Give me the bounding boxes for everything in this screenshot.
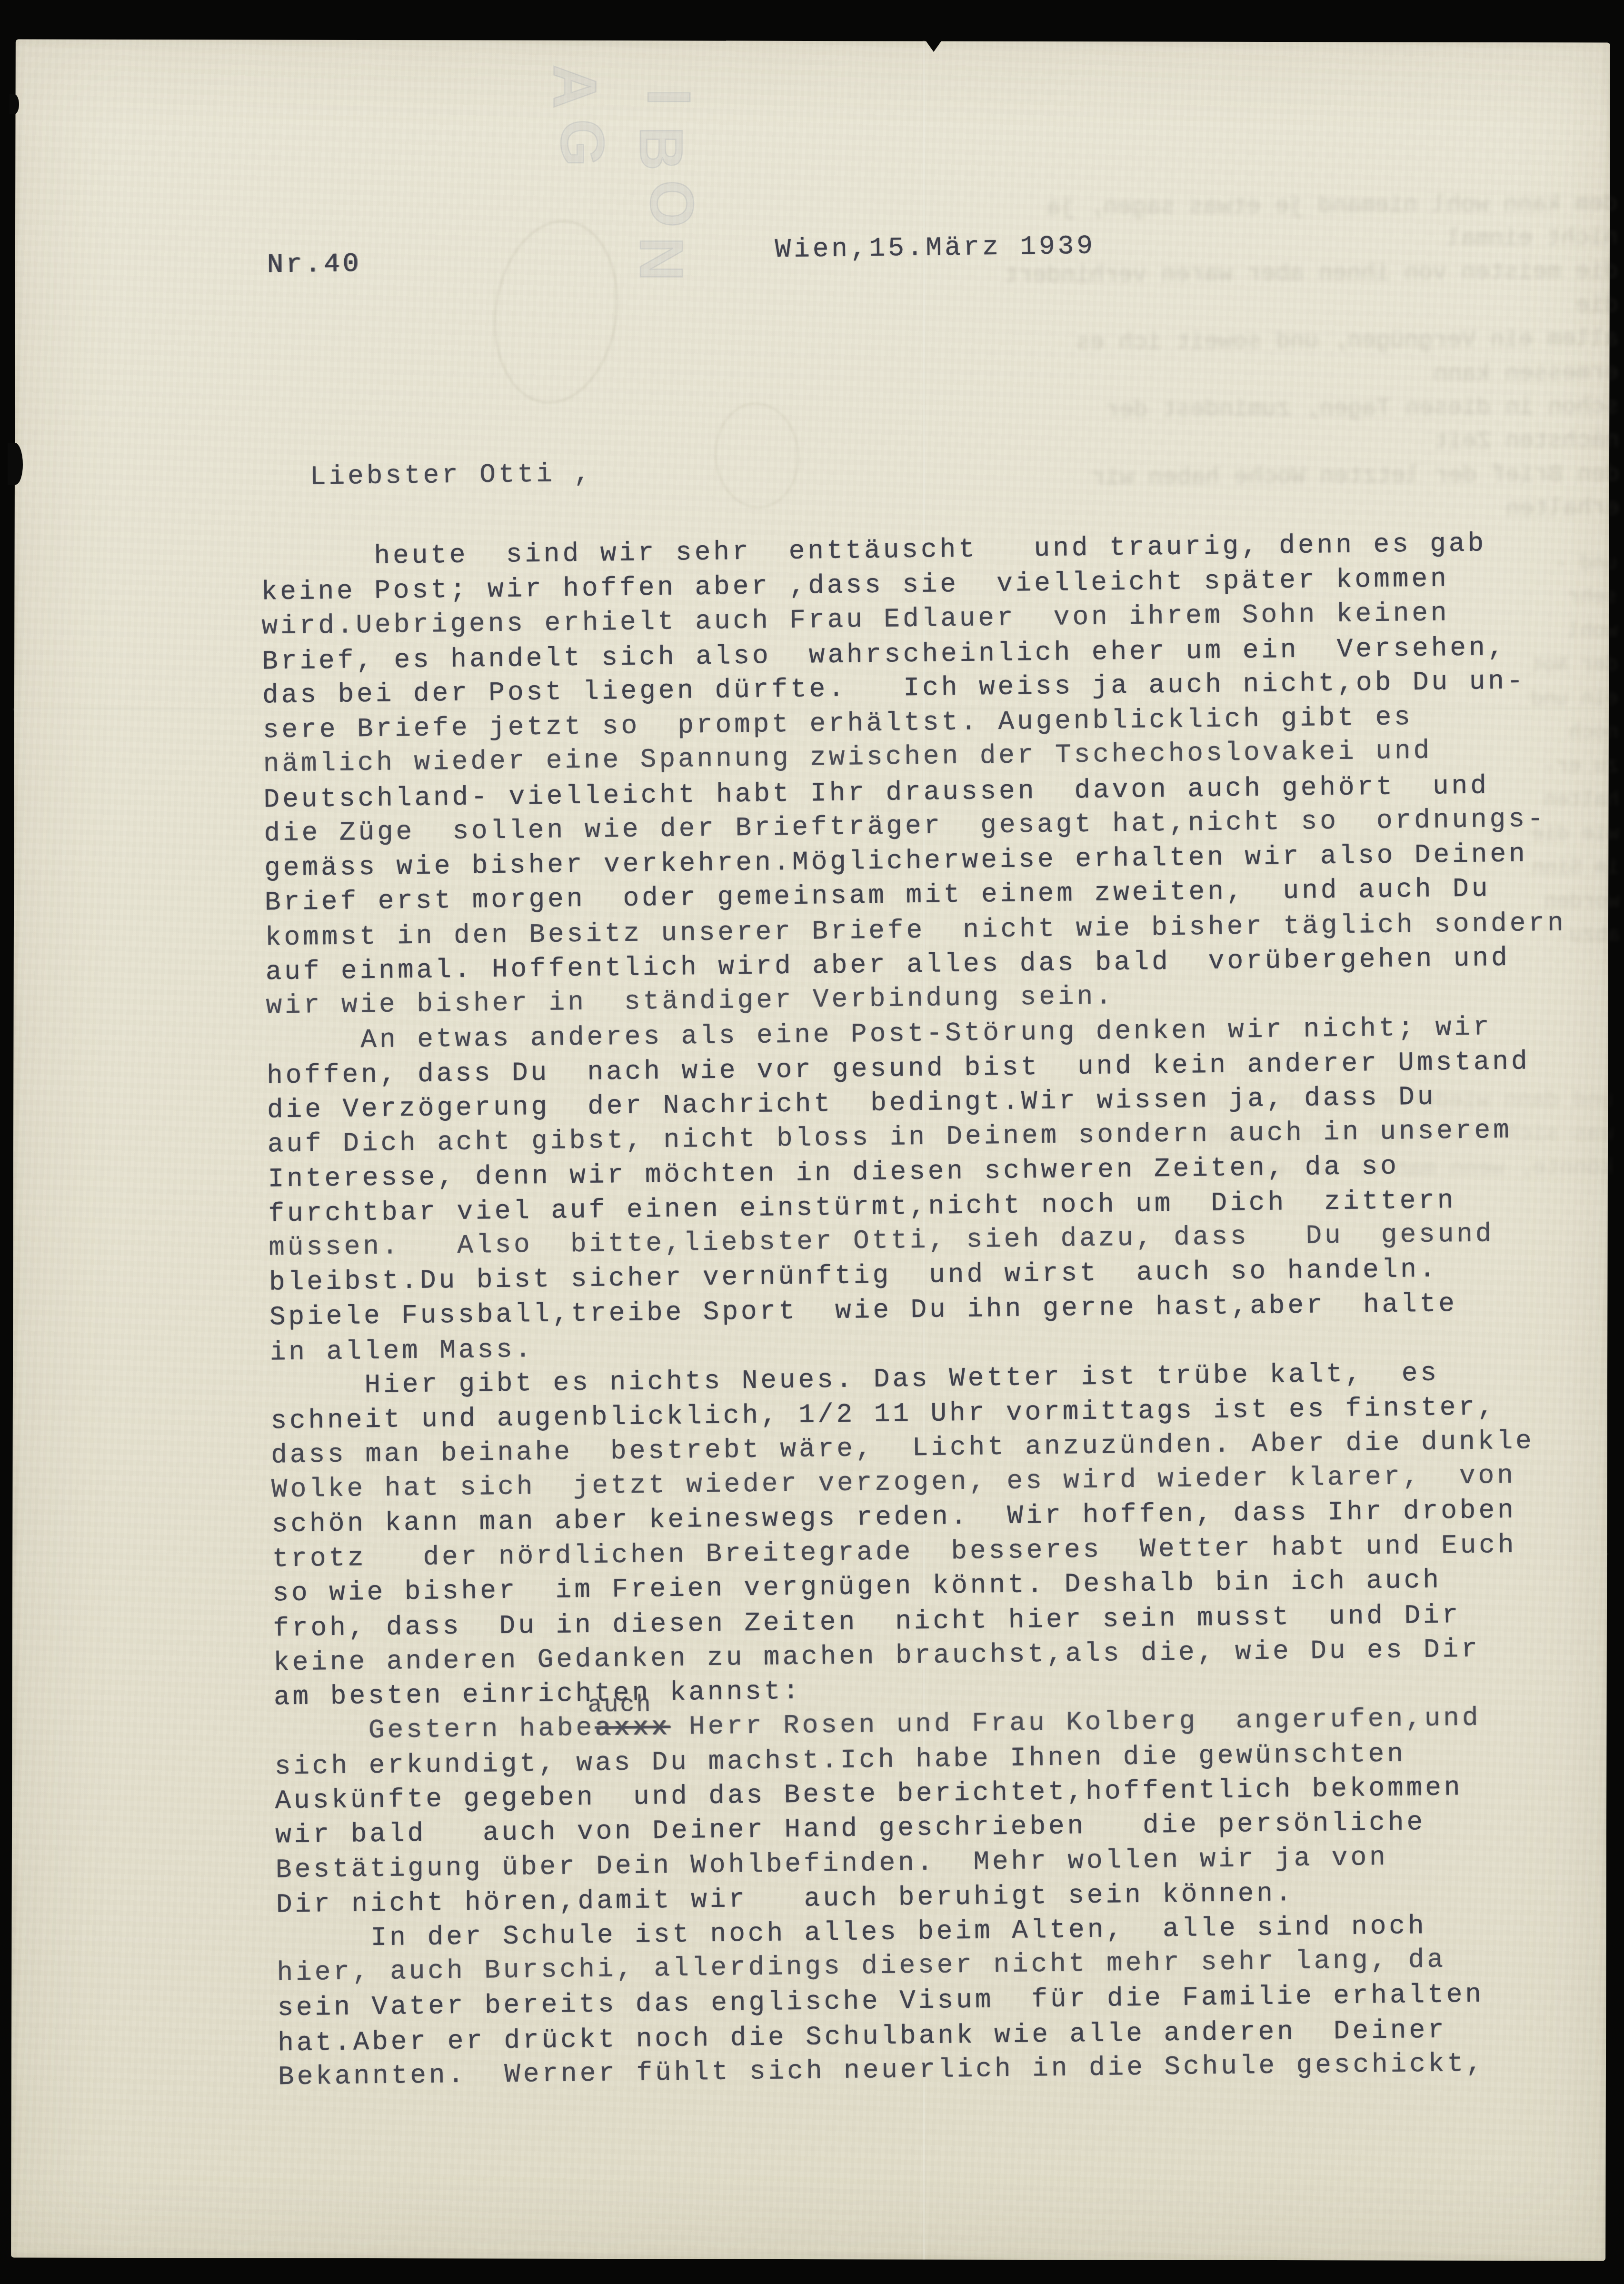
inserted-word: auch xyxy=(588,1688,653,1723)
letter-line-text: Herr Rosen und Frau Kolberg angerufen,un… xyxy=(670,1702,1481,1742)
letter-body: heute sind wir sehr enttäuscht und traur… xyxy=(260,526,1579,2094)
letter-number: Nr.40 xyxy=(267,247,362,282)
scanned-letter-screenshot: { "document": { "kind": "typewritten let… xyxy=(0,0,1624,2284)
watermark-letter: I xyxy=(638,89,699,106)
salutation: Liebster Otti , xyxy=(310,457,593,494)
letter-line-text: Gestern habe xyxy=(274,1712,595,1746)
fold-notch xyxy=(926,40,942,52)
watermark-letter: G xyxy=(551,119,612,167)
watermark-letter: O xyxy=(641,180,702,228)
watermark-letter: B xyxy=(630,127,691,170)
dateline: Wien,15.März 1939 xyxy=(775,229,1096,267)
watermark-letter: N xyxy=(630,237,691,281)
correction-group: axxxauch xyxy=(595,1710,670,1745)
watermark-letter: A xyxy=(544,65,605,109)
scan-speck xyxy=(8,443,23,485)
scan-speck xyxy=(10,94,19,114)
